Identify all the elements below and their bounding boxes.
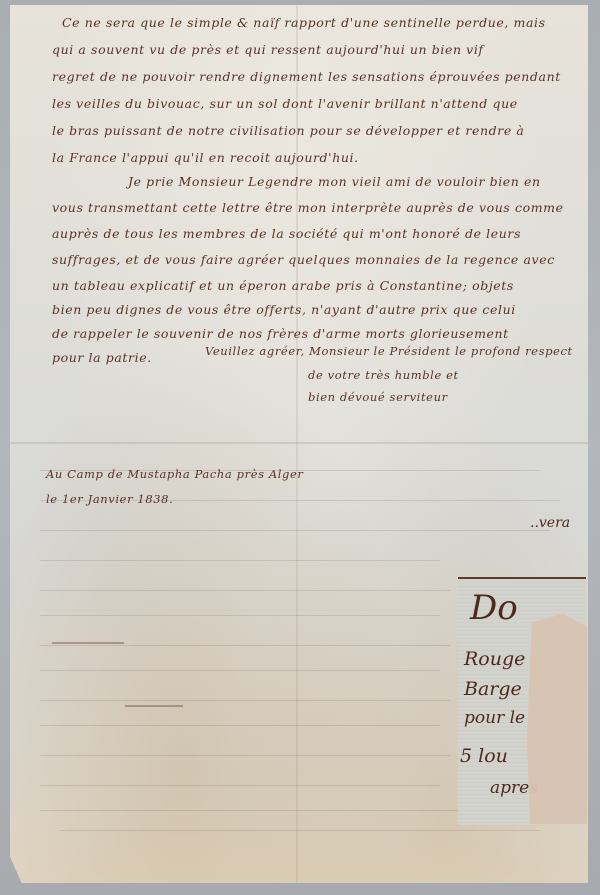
tape-patch [527,614,587,824]
slip-line: pour le [464,708,525,728]
slip-line: Barge [464,678,522,700]
slip-line: Rouge [464,648,525,670]
body-line: vous transmettant cette lettre être mon … [52,200,564,215]
slip-top-fragment: ..vera [530,515,570,531]
body-line: bien peu dignes de vous être offerts, n'… [52,302,516,317]
closing-line: Veuillez agréer, Monsieur le Président l… [205,344,573,358]
signature-line: bien dévoué serviteur [308,390,448,404]
body-line: de rappeler le souvenir de nos frères d'… [52,326,509,341]
place-line: Au Camp de Mustapha Pacha près Alger [46,467,304,481]
body-line: Ce ne sera que le simple & naïf rapport … [62,15,546,30]
date-line: le 1er Janvier 1838. [46,492,173,506]
body-line: un tableau explicatif et un éperon arabe… [52,278,514,293]
body-line: Je prie Monsieur Legendre mon vieil ami … [128,174,541,189]
body-line: pour la patrie. [52,350,152,365]
slip-line: 5 lou [460,745,508,767]
closing-line: de votre très humble et [308,368,459,382]
fold-line-horizontal [10,442,588,444]
body-line: suffrages, et de vous faire agréer quelq… [52,252,555,267]
body-line: la France l'appui qu'il en recoit aujour… [52,150,359,165]
body-line: regret de ne pouvoir rendre dignement le… [52,69,561,84]
body-line: le bras puissant de notre civilisation p… [52,123,524,138]
body-line: qui a souvent vu de près et qui ressent … [52,42,484,57]
body-line: auprès de tous les membres de la société… [52,226,521,241]
body-line: les veilles du bivouac, sur un sol dont … [52,96,518,111]
slip-line: Do [470,588,518,628]
